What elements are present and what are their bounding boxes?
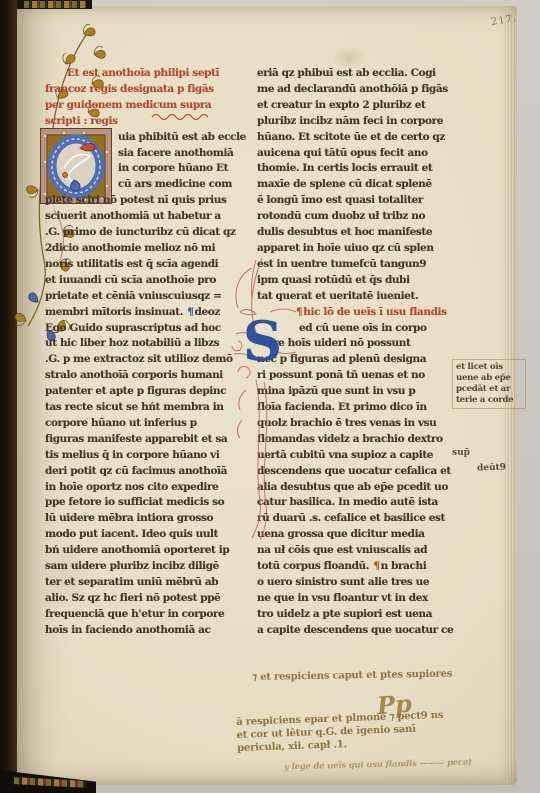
text-line: ter et separatim uniū mēbrū ab [45,575,253,591]
margin-word-sup: sup̄ [452,448,470,458]
text-line: na uł cōis que est vniuscalis ad [257,543,468,559]
text-line: Et est anothoīa philipi septī [45,66,253,82]
text-line: alia desubtus que ab ep̄e pcedit uo [257,480,468,496]
text-line: sam uidere pluribz incibz diligē [45,559,253,575]
text-line: uertā cubitū vna supioz a capite [257,448,468,464]
text-line: quolz brachio ē tres venas in vsu [257,416,468,432]
text-line: deri potit qz cū facimus anothoīā [45,464,253,480]
text-line: pcedāt et ar [456,384,522,395]
margin-word-devt: deūt9 [477,462,506,473]
text-line: mina ipāzū que sunt in vsu p [257,384,468,400]
text-line: figuras manifeste apparebit et sa [45,432,253,448]
text-line: terie a corde [456,395,522,406]
text-line: totū corpus floandū. ¶n brachi [257,559,468,575]
text-line: scripti : regis [45,114,253,130]
text-line: ppe fetore io sufficiat medicis so [45,495,253,511]
text-line: thomie. In certis locis errauit et [257,161,468,177]
text-line: uia phibitū est ab eccle [45,130,253,146]
text-line: corpore hūano ut inferius p [45,416,253,432]
text-line: a capite descendens que uocatur ce [257,623,468,639]
text-line: patenter et apte p figuras depinc [45,384,253,400]
text-line: .G. primo de iuncturibz cū dicat qz [45,225,253,241]
text-line: me ad declarandū anothōiā p figās [257,82,468,98]
text-line: catur basilica. In medio autē ista [257,495,468,511]
text-line: rū duarū .s. cefalice et basilice est [257,511,468,527]
text-line: uena grossa que dicitur media [257,527,468,543]
text-line: bń uidere anothomiā oporteret ip [45,543,253,559]
text-line: eriā qz phibuī est ab ecclia. Cogi [257,66,468,82]
text-line: modo put iacent. Ideo quis uult [45,527,253,543]
text-line: lū uidere mēbra intiora grosso [45,511,253,527]
text-line: ē longū īmo est quasi totaliter [257,193,468,209]
text-line: alio. Sz qz hc fieri nō potest ppē [45,591,253,607]
headband-top [24,1,86,8]
paraph-mark: ¶ [372,560,380,572]
text-line: o uero sinistro sunt alie tres ue [257,575,468,591]
manuscript-photo: 217. [0,0,540,793]
text-line: et licet oīs [456,362,522,373]
text-line: sciuerit anothomiā ut habetur a [45,209,253,225]
text-line: floīa facienda. Et primo dico īn [257,400,468,416]
text-line: hoīs in faciendo anothomiā ac [45,623,253,639]
text-line: et iuuandi cū scīa anothoīe pro [45,273,253,289]
book-spine-edge [0,0,17,793]
text-line: in hoīe oportz nos cito expedire [45,480,253,496]
text-line: tro uidelz a pte supiori est uena [257,607,468,623]
text-line: maxīe de splene cū dicat splenē [257,177,468,193]
text-line: flomandas videlz a brachio dextro [257,432,468,448]
margin-note: et licet oīsuene ab ep̄epcedāt et arteri… [452,359,526,409]
text-line: cū ars medicine com [45,177,253,193]
text-line: francoz regis designata p figās [45,82,253,98]
text-line: hūano. Et scitote ūe et de certo qz [257,130,468,146]
blue-initial-S: S [243,308,303,378]
text-line: ipm quasi rotūdū et q̄s dubi [257,273,468,289]
text-line: est in uentre tumefcū tangun9 [257,257,468,273]
text-line: et creatur in expto 2 pluribz et [257,98,468,114]
text-line: tas recte sicut se hńt membra in [45,400,253,416]
text-line: apparet in hoīe uiuo qz cū splen [257,241,468,257]
bottom-annotation-2: ā respiciens epar et plmonē ⁊ pect9 nset… [236,709,444,755]
text-line: ut hic liber hoz notabiliū a libzs [45,336,253,352]
text-line: in corpore hūano Et [45,161,253,177]
text-line: dulis desubtus et hoc manifeste [257,225,468,241]
text-line: .G. p me extractoz sit utilioz demō [45,352,253,368]
text-line: descendens que uocatur cefalica et [257,464,468,480]
text-line: Ego Guido suprascriptus ad hoc [45,321,253,337]
text-line: membri mītoris insinuat. ¶deoz [45,305,253,321]
text-line: frequenciā que h'etur in corpore [45,607,253,623]
paraph-mark: ¶ [186,306,194,318]
text-line: plete sciri nō potest nī quis prius [45,193,253,209]
text-line: stralo anothoīā corporis humani [45,368,253,384]
text-line: 2dicio anothomie melioz nō mi [45,241,253,257]
text-line: noris utilitatis est q̄ scīa agendi [45,257,253,273]
text-line: tis melius q̄ in corpore hūano vi [45,448,253,464]
text-line: rotondū cum duobz uł tribz no [257,209,468,225]
text-line: uene ab ep̄e [456,373,522,384]
text-line: per guidonem medicum supra [45,98,253,114]
text-line: prietate et cēniā vniuscuiusqz = [45,289,253,305]
text-line: ne que in vsu floantur vt in dex [257,591,468,607]
text-line: auicena qui tātū opus fecit ano [257,146,468,162]
text-line: tat querat et ueritatē iueniet. [257,289,468,305]
text-line: pluribz incibz nām feci in corpore [257,114,468,130]
text-line: sia facere anothomiā [45,146,253,162]
left-text-column: Et est anothoīa philipi septīfrancoz reg… [45,66,253,641]
